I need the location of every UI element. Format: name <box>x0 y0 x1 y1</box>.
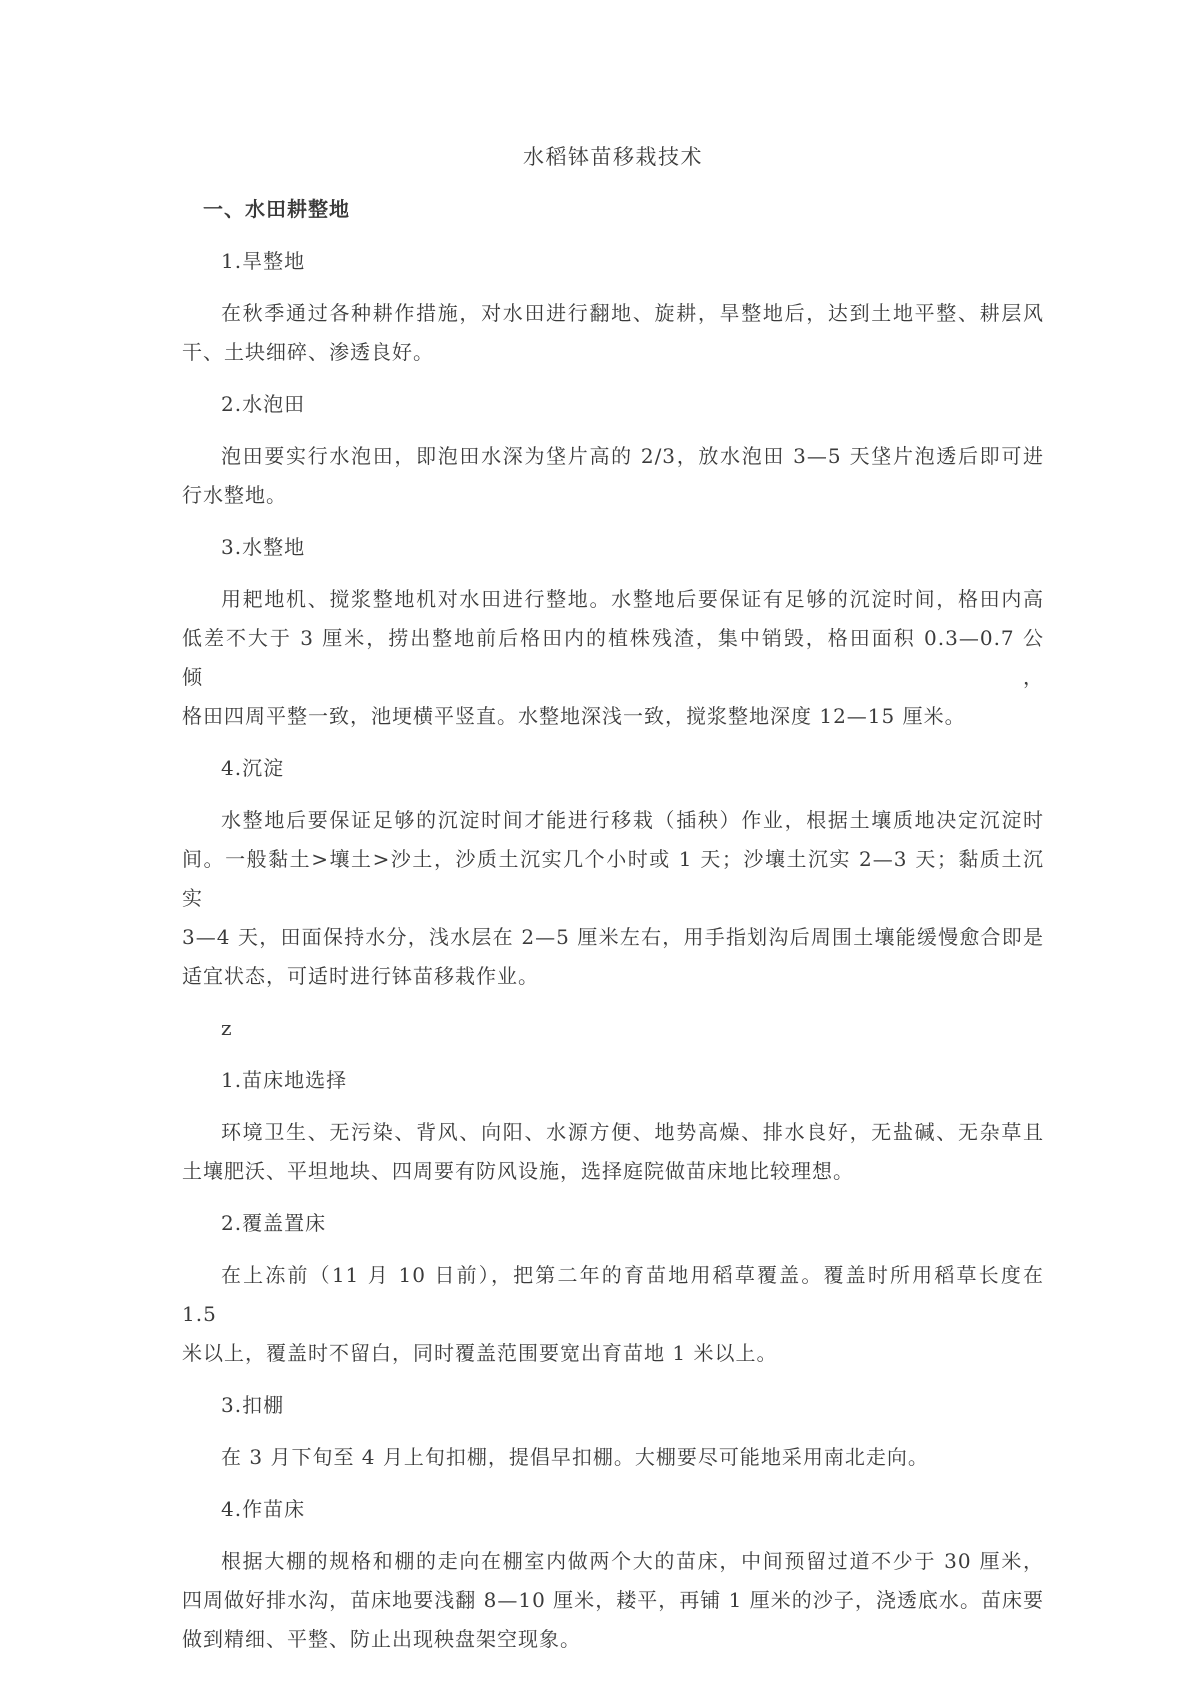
section-heading: 一、水田耕整地 <box>182 190 1044 229</box>
sub-heading: 2.覆盖置床 <box>182 1204 1044 1243</box>
sub-heading-text: 4.作苗床 <box>182 1490 1044 1529</box>
paragraph-line: 行水整地。 <box>182 476 1044 515</box>
sub-heading: 1.苗床地选择 <box>182 1061 1044 1100</box>
paragraph: 环境卫生、无污染、背风、向阳、水源方便、地势高燥、排水良好，无盐碱、无杂草且土壤… <box>182 1113 1044 1191</box>
paragraph-line: 适宜状态，可适时进行钵苗移栽作业。 <box>182 957 1044 996</box>
sub-heading-text: 4.沉淀 <box>182 749 1044 788</box>
document-title: 水稻钵苗移栽技术 <box>182 138 1044 177</box>
sub-heading-text: 2.覆盖置床 <box>182 1204 1044 1243</box>
paragraph: 水整地后要保证足够的沉淀时间才能进行移栽（插秧）作业，根据土壤质地决定沉淀时间。… <box>182 801 1044 996</box>
paragraph-line: 在秋季通过各种耕作措施，对水田进行翻地、旋耕，旱整地后，达到土地平整、耕层风 <box>182 294 1044 333</box>
paragraph-line: 水整地后要保证足够的沉淀时间才能进行移栽（插秧）作业，根据土壤质地决定沉淀时 <box>182 801 1044 840</box>
sub-heading: 4.作苗床 <box>182 1490 1044 1529</box>
paragraph: z <box>182 1009 1044 1048</box>
document-page: 水稻钵苗移栽技术一、水田耕整地1.旱整地在秋季通过各种耕作措施，对水田进行翻地、… <box>0 0 1190 1683</box>
sub-heading-text: 1.苗床地选择 <box>182 1061 1044 1100</box>
paragraph-line: 环境卫生、无污染、背风、向阳、水源方便、地势高燥、排水良好，无盐碱、无杂草且 <box>182 1113 1044 1152</box>
paragraph-line: 3—4 天，田面保持水分，浅水层在 2—5 厘米左右，用手指划沟后周围土壤能缓慢… <box>182 918 1044 957</box>
paragraph-line: 干、土块细碎、渗透良好。 <box>182 333 1044 372</box>
sub-heading: 4.沉淀 <box>182 749 1044 788</box>
paragraph-line: 泡田要实行水泡田，即泡田水深为垡片高的 2/3，放水泡田 3—5 天垡片泡透后即… <box>182 437 1044 476</box>
paragraph-line: z <box>182 1009 1044 1048</box>
sub-heading: 1.旱整地 <box>182 242 1044 281</box>
document-column: 水稻钵苗移栽技术一、水田耕整地1.旱整地在秋季通过各种耕作措施，对水田进行翻地、… <box>182 138 1044 1659</box>
paragraph: 根据大棚的规格和棚的走向在棚室内做两个大的苗床，中间预留过道不少于 30 厘米，… <box>182 1542 1044 1659</box>
paragraph: 用耙地机、搅浆整地机对水田进行整地。水整地后要保证有足够的沉淀时间，格田内高低差… <box>182 580 1044 736</box>
paragraph: 在秋季通过各种耕作措施，对水田进行翻地、旋耕，旱整地后，达到土地平整、耕层风干、… <box>182 294 1044 372</box>
paragraph-line: 根据大棚的规格和棚的走向在棚室内做两个大的苗床，中间预留过道不少于 30 厘米， <box>182 1542 1044 1581</box>
paragraph-line: 用耙地机、搅浆整地机对水田进行整地。水整地后要保证有足够的沉淀时间，格田内高 <box>182 580 1044 619</box>
paragraph: 泡田要实行水泡田，即泡田水深为垡片高的 2/3，放水泡田 3—5 天垡片泡透后即… <box>182 437 1044 515</box>
paragraph-line: 格田四周平整一致，池埂横平竖直。水整地深浅一致，搅浆整地深度 12—15 厘米。 <box>182 697 1044 736</box>
section-heading-text: 一、水田耕整地 <box>182 190 1044 229</box>
paragraph-line: 间。一般黏土>壤土>沙土，沙质土沉实几个小时或 1 天；沙壤土沉实 2—3 天；… <box>182 840 1044 918</box>
paragraph: 在 3 月下旬至 4 月上旬扣棚，提倡早扣棚。大棚要尽可能地采用南北走向。 <box>182 1438 1044 1477</box>
sub-heading-text: 1.旱整地 <box>182 242 1044 281</box>
paragraph-line: 做到精细、平整、防止出现秧盘架空现象。 <box>182 1620 1044 1659</box>
sub-heading: 3.水整地 <box>182 528 1044 567</box>
paragraph: 在上冻前（11 月 10 日前），把第二年的育苗地用稻草覆盖。覆盖时所用稻草长度… <box>182 1256 1044 1373</box>
sub-heading-text: 2.水泡田 <box>182 385 1044 424</box>
document-title-text: 水稻钵苗移栽技术 <box>182 138 1044 177</box>
sub-heading-text: 3.水整地 <box>182 528 1044 567</box>
paragraph-line: 四周做好排水沟，苗床地要浅翻 8—10 厘米，耧平，再铺 1 厘米的沙子，浇透底… <box>182 1581 1044 1620</box>
paragraph-line: 低差不大于 3 厘米，捞出整地前后格田内的植株残渣，集中销毁，格田面积 0.3—… <box>182 619 1044 697</box>
sub-heading: 3.扣棚 <box>182 1386 1044 1425</box>
paragraph-line: 在 3 月下旬至 4 月上旬扣棚，提倡早扣棚。大棚要尽可能地采用南北走向。 <box>182 1438 1044 1477</box>
sub-heading: 2.水泡田 <box>182 385 1044 424</box>
sub-heading-text: 3.扣棚 <box>182 1386 1044 1425</box>
paragraph-line: 在上冻前（11 月 10 日前），把第二年的育苗地用稻草覆盖。覆盖时所用稻草长度… <box>182 1256 1044 1334</box>
paragraph-line: 米以上，覆盖时不留白，同时覆盖范围要宽出育苗地 1 米以上。 <box>182 1334 1044 1373</box>
paragraph-line: 土壤肥沃、平坦地块、四周要有防风设施，选择庭院做苗床地比较理想。 <box>182 1152 1044 1191</box>
